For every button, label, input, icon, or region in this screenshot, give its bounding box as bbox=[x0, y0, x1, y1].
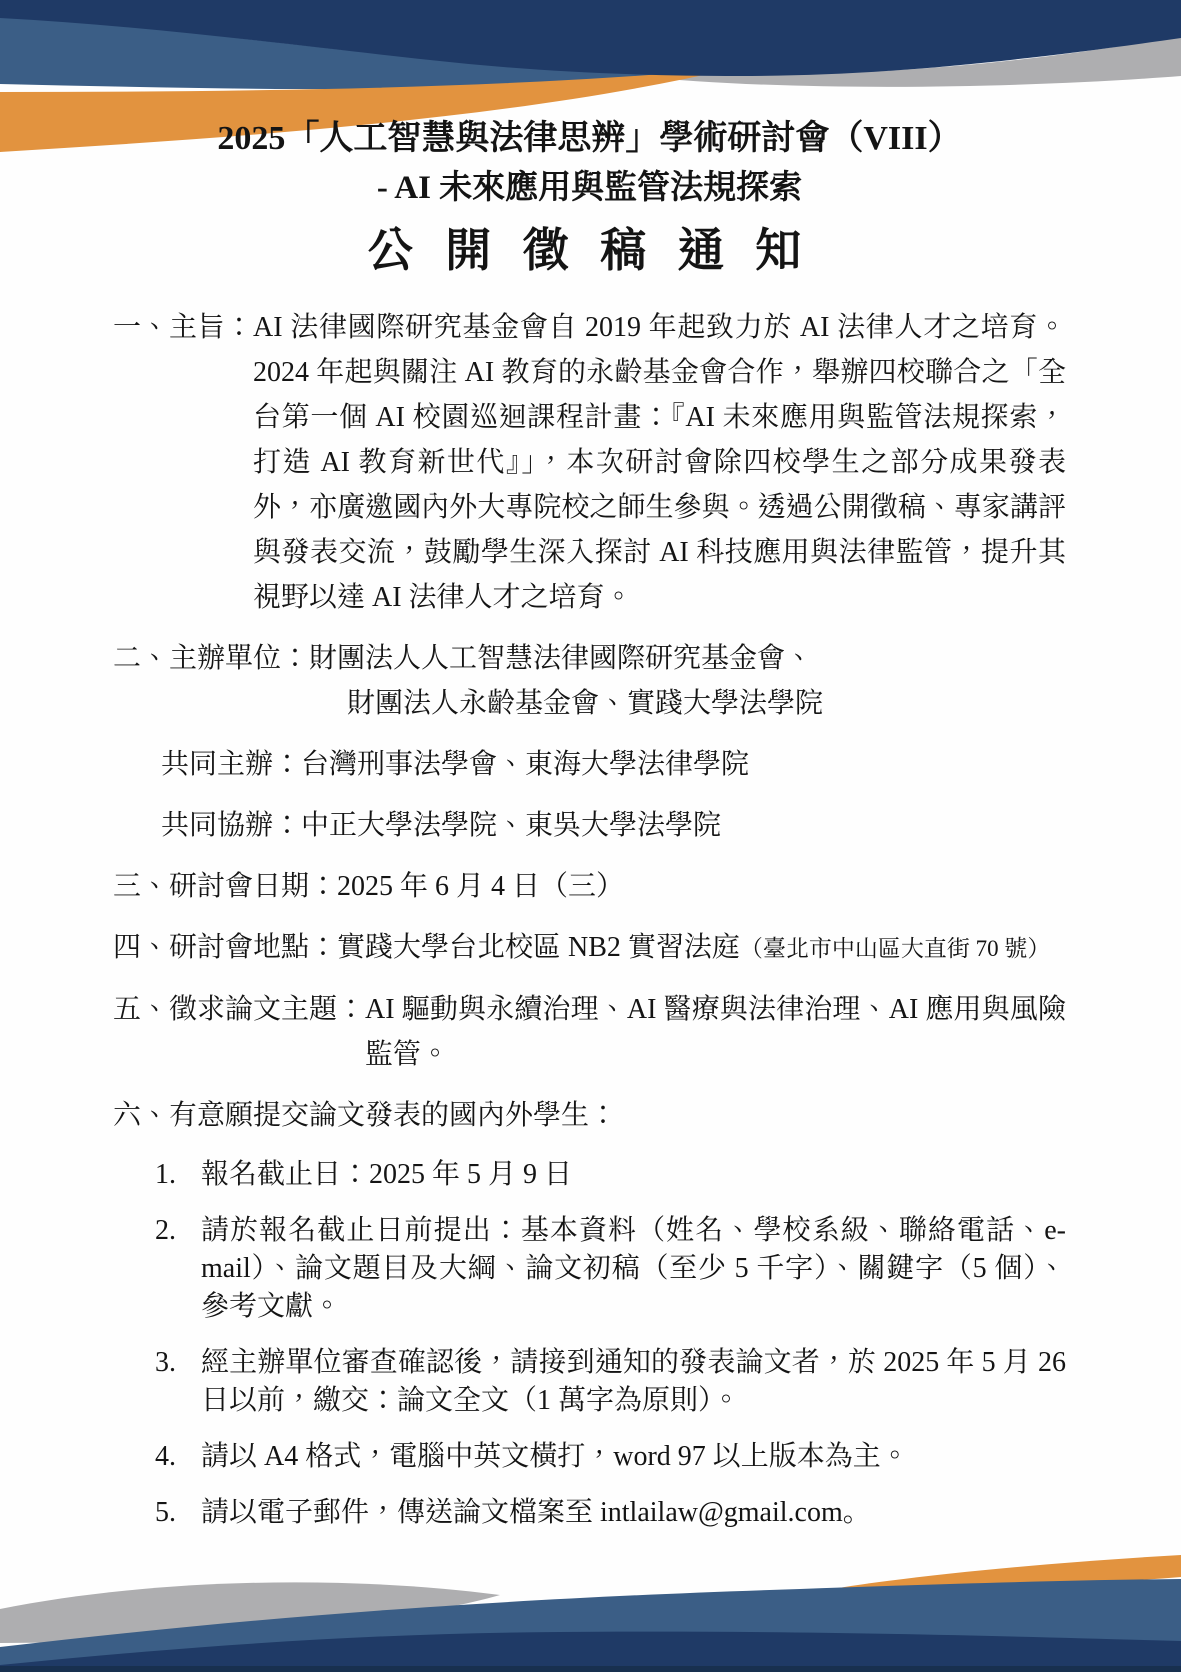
footer-wave-decoration bbox=[0, 1537, 1181, 1672]
section-venue-label: 四、研討會地點： bbox=[113, 925, 337, 971]
list-item-number: 1. bbox=[155, 1156, 201, 1194]
list-item-number: 5. bbox=[155, 1494, 201, 1532]
venue-name: 實踐大學台北校區 NB2 實習法庭 bbox=[337, 932, 740, 963]
venue-address-note: （臺北市中山區大直街 70 號） bbox=[740, 936, 1051, 961]
list-item-text: 經主辦單位審查確認後，請接到通知的發表論文者，於 2025 年 5 月 26 日… bbox=[201, 1344, 1066, 1420]
list-item-text: 請於報名截止日前提出：基本資料（姓名、學校系級、聯絡電話、e-mail）、論文題… bbox=[201, 1212, 1066, 1326]
co-host-label: 共同主辦： bbox=[161, 742, 301, 787]
notice-title: 公 開 徵 稿 通 知 bbox=[113, 223, 1066, 279]
section-topics-text: AI 驅動與永續治理、AI 醫療與法律治理、AI 應用與風險監管。 bbox=[365, 987, 1066, 1077]
document-content: 2025「人工智慧與法律思辨」學術研討會（VIII） - AI 未來應用與監管法… bbox=[113, 118, 1066, 1532]
section-date-label: 三、研討會日期： bbox=[113, 864, 337, 909]
section-venue: 四、研討會地點： 實踐大學台北校區 NB2 實習法庭（臺北市中山區大直街 70 … bbox=[113, 925, 1066, 971]
conference-subtitle: - AI 未來應用與監管法規探索 bbox=[113, 168, 1066, 209]
list-item: 4. 請以 A4 格式，電腦中英文橫打，word 97 以上版本為主。 bbox=[113, 1438, 1066, 1476]
section-submission-intro: 六、有意願提交論文發表的國內外學生： bbox=[113, 1093, 1066, 1138]
footer-bottom-edge bbox=[0, 1666, 1181, 1672]
section-topics-label: 五、徵求論文主題： bbox=[113, 987, 365, 1077]
list-item-number: 3. bbox=[155, 1344, 201, 1420]
section-date-value: 2025 年 6 月 4 日（三） bbox=[337, 864, 1066, 909]
list-item-number: 4. bbox=[155, 1438, 201, 1476]
section-co-host: 共同主辦： 台灣刑事法學會、東海大學法律學院 bbox=[161, 742, 1066, 787]
co-host-value: 台灣刑事法學會、東海大學法律學院 bbox=[301, 742, 1066, 787]
section-purpose-label: 一、主旨： bbox=[113, 305, 253, 620]
list-item-text: 請以 A4 格式，電腦中英文橫打，word 97 以上版本為主。 bbox=[201, 1438, 1066, 1476]
section-submission-label: 六、有意願提交論文發表的國內外學生： bbox=[113, 1093, 617, 1138]
section-co-organizer: 共同協辦： 中正大學法學院、東吳大學法學院 bbox=[161, 803, 1066, 848]
co-organizer-value: 中正大學法學院、東吳大學法學院 bbox=[301, 803, 1066, 848]
organizer-line-2: 財團法人永齡基金會、實踐大學法學院 bbox=[309, 681, 1066, 726]
submission-list: 1. 報名截止日：2025 年 5 月 9 日 2. 請於報名截止日前提出：基本… bbox=[113, 1156, 1066, 1532]
section-date: 三、研討會日期： 2025 年 6 月 4 日（三） bbox=[113, 864, 1066, 909]
section-venue-value: 實踐大學台北校區 NB2 實習法庭（臺北市中山區大直街 70 號） bbox=[337, 925, 1066, 971]
co-organizer-label: 共同協辦： bbox=[161, 803, 301, 848]
section-purpose: 一、主旨： AI 法律國際研究基金會自 2019 年起致力於 AI 法律人才之培… bbox=[113, 305, 1066, 620]
list-item: 5. 請以電子郵件，傳送論文檔案至 intlailaw@gmail.com。 bbox=[113, 1494, 1066, 1532]
list-item-text: 報名截止日：2025 年 5 月 9 日 bbox=[201, 1156, 1066, 1194]
list-item: 1. 報名截止日：2025 年 5 月 9 日 bbox=[113, 1156, 1066, 1194]
document-page: 2025「人工智慧與法律思辨」學術研討會（VIII） - AI 未來應用與監管法… bbox=[0, 0, 1181, 1672]
conference-title: 2025「人工智慧與法律思辨」學術研討會（VIII） bbox=[113, 118, 1066, 160]
section-organizers-label: 二、主辦單位： bbox=[113, 636, 309, 726]
list-item-text: 請以電子郵件，傳送論文檔案至 intlailaw@gmail.com。 bbox=[201, 1494, 1066, 1532]
section-organizers: 二、主辦單位： 財團法人人工智慧法律國際研究基金會、 財團法人永齡基金會、實踐大… bbox=[113, 636, 1066, 726]
organizer-line-1: 財團法人人工智慧法律國際研究基金會、 bbox=[309, 636, 1066, 681]
section-purpose-text: AI 法律國際研究基金會自 2019 年起致力於 AI 法律人才之培育。2024… bbox=[253, 305, 1066, 620]
section-topics: 五、徵求論文主題： AI 驅動與永續治理、AI 醫療與法律治理、AI 應用與風險… bbox=[113, 987, 1066, 1077]
list-item: 3. 經主辦單位審查確認後，請接到通知的發表論文者，於 2025 年 5 月 2… bbox=[113, 1344, 1066, 1420]
list-item-number: 2. bbox=[155, 1212, 201, 1326]
list-item: 2. 請於報名截止日前提出：基本資料（姓名、學校系級、聯絡電話、e-mail）、… bbox=[113, 1212, 1066, 1326]
section-organizers-value: 財團法人人工智慧法律國際研究基金會、 財團法人永齡基金會、實踐大學法學院 bbox=[309, 636, 1066, 726]
